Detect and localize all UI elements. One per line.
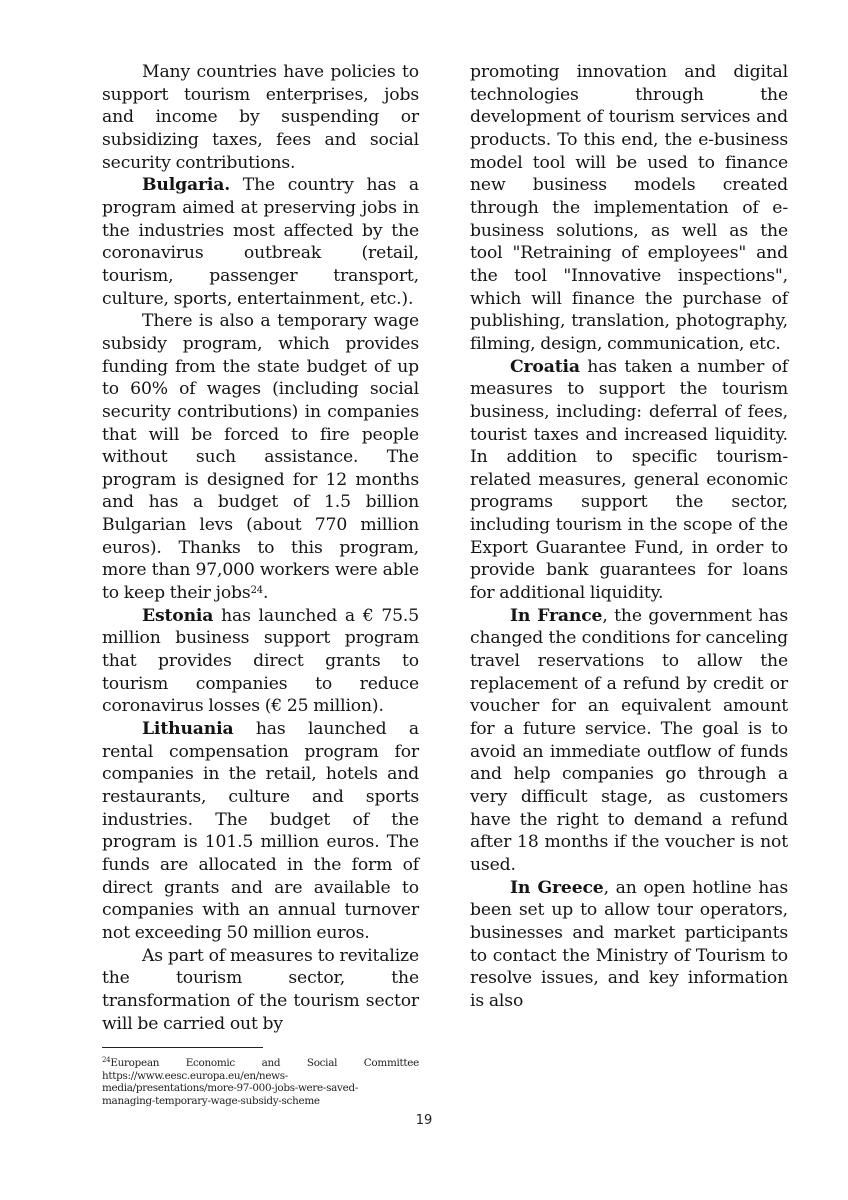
paragraph-text: , the government has changed the conditi… <box>470 606 788 875</box>
country-heading-france: In France <box>510 606 602 626</box>
paragraph-revitalize: As part of measures to revitalize the to… <box>102 945 419 1036</box>
paragraph-greece: In Greece, an open hotline has been set … <box>470 877 788 1013</box>
paragraph-wage-subsidy: There is also a temporary wage subsidy p… <box>102 310 419 605</box>
document-page: Many countries have policies to support … <box>0 0 848 1200</box>
footnote-word: 24European <box>102 1057 159 1070</box>
paragraph-text: has launched a rental compensation progr… <box>102 719 419 943</box>
country-heading-bulgaria: Bulgaria. <box>142 175 230 195</box>
paragraph-continued: promoting innovation and digital technol… <box>470 61 788 356</box>
country-heading-lithuania: Lithuania <box>142 719 234 739</box>
footnote-url-line[interactable]: managing-temporary-wage-subsidy-scheme <box>102 1095 419 1108</box>
left-column: Many countries have policies to support … <box>102 61 419 1035</box>
footnote-word: and <box>262 1057 281 1070</box>
paragraph-lithuania: Lithuania has launched a rental compensa… <box>102 718 419 945</box>
paragraph-france: In France, the government has changed th… <box>470 605 788 877</box>
footnote-word: Social <box>307 1057 337 1070</box>
paragraph-text: There is also a temporary wage subsidy p… <box>102 311 419 603</box>
footnote-divider <box>102 1047 263 1048</box>
footnote-word-text: European <box>110 1057 159 1069</box>
country-heading-estonia: Estonia <box>142 606 213 626</box>
footnote-word: Committee <box>364 1057 419 1070</box>
footnote-source-line: 24European Economic and Social Committee <box>102 1057 419 1070</box>
paragraph-text: . <box>263 583 268 603</box>
paragraph-croatia: Croatia has taken a number of measures t… <box>470 356 788 605</box>
paragraph-text: has taken a number of measures to suppor… <box>470 357 788 604</box>
right-column: promoting innovation and digital technol… <box>470 61 788 1013</box>
footnote-url-line[interactable]: https://www.eesc.europa.eu/en/news- <box>102 1070 419 1083</box>
paragraph-text: promoting innovation and digital technol… <box>470 62 788 354</box>
footnote-reference[interactable]: 24 <box>251 585 263 596</box>
paragraph-bulgaria: Bulgaria. The country has a program aime… <box>102 174 419 310</box>
page-number: 19 <box>0 1113 848 1128</box>
footnote-word: Economic <box>186 1057 235 1070</box>
paragraph-text: As part of measures to revitalize the to… <box>102 946 419 1034</box>
paragraph-intro: Many countries have policies to support … <box>102 61 419 174</box>
paragraph-estonia: Estonia has launched a € 75.5 million bu… <box>102 605 419 718</box>
paragraph-text: Many countries have policies to support … <box>102 62 419 173</box>
country-heading-greece: In Greece <box>510 878 604 898</box>
footnote: 24European Economic and Social Committee… <box>102 1057 419 1107</box>
country-heading-croatia: Croatia <box>510 357 580 377</box>
footnote-url-line[interactable]: media/presentations/more-97-000-jobs-wer… <box>102 1082 419 1095</box>
